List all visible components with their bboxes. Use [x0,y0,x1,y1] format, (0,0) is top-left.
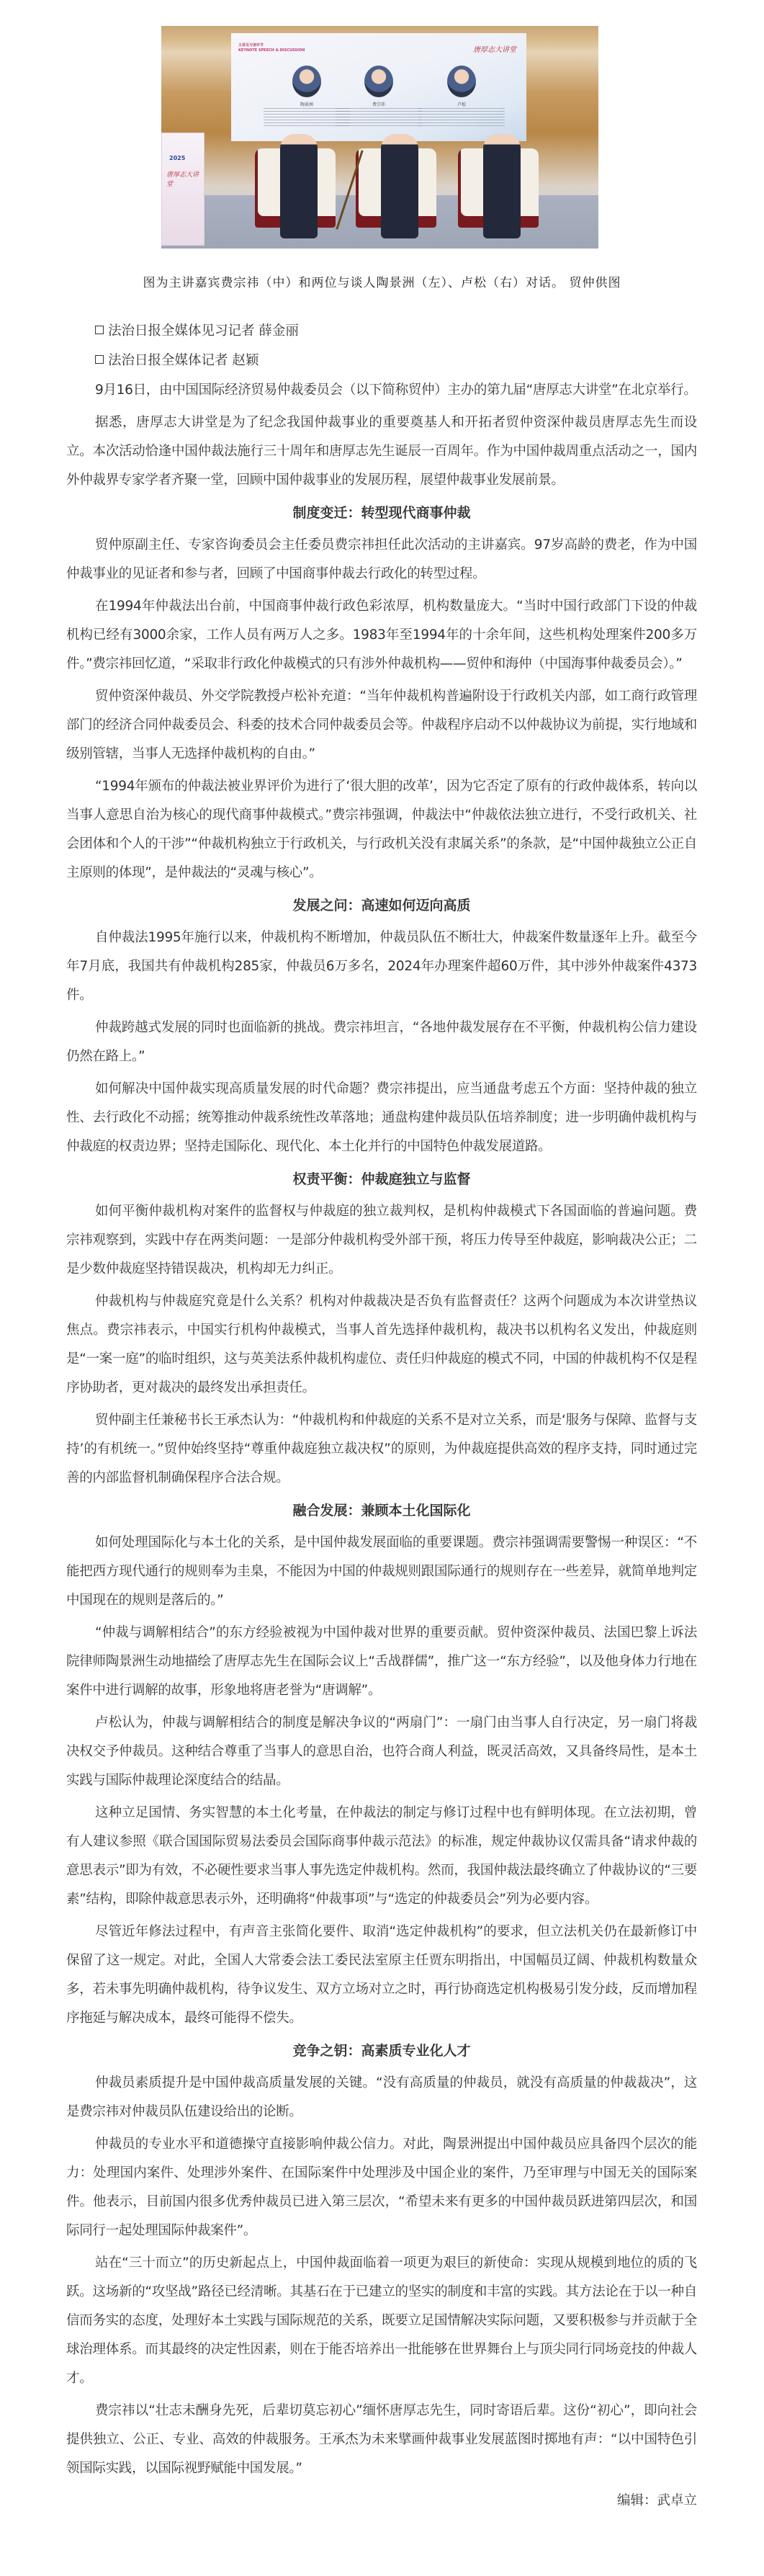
section-heading: 竞争之钥：高素质专业化人才 [66,2036,697,2065]
screen-tag-en: KEYNOTE SPEECH & DISCUSSION [238,48,305,53]
speaker-name-center: 费宗祎 [336,101,422,107]
paragraph: 仲裁跨越式发展的同时也面临新的挑战。费宗祎坦言，“各地仲裁发展存在不平衡，仲裁机… [66,1014,697,1071]
paragraph: 自仲裁法1995年施行以来，仲裁机构不断增加，仲裁员队伍不断壮大，仲裁案件数量逐… [66,923,697,1010]
speaker-left [280,134,318,238]
screen-tag-cn: 主讲及与谈环节 [238,43,305,48]
section-heading: 发展之问：高速如何迈向高质 [66,891,697,920]
stage-screen: 主讲及与谈环节 KEYNOTE SPEECH & DISCUSSION 唐厚志大… [231,33,526,141]
paragraph: 如何平衡仲裁机构对案件的监督权与仲裁庭的独立裁判权，是机构仲裁模式下各国面临的普… [66,1197,697,1284]
paragraph: “仲裁与调解相结合”的东方经验被视为中国仲裁对世界的重要贡献。贸仲资深仲裁员、法… [66,1619,697,1705]
speaker-name-right: 卢松 [418,101,505,107]
roll-up-banner: 2025 唐厚志大讲堂 [161,133,205,246]
editor-credit: 编辑：武卓立 [66,2487,697,2515]
speaker-right [483,134,521,238]
paragraph: 如何处理国际化与本土化的关系，是中国仲裁发展面临的重要课题。费宗祎强调需要警惕一… [66,1529,697,1615]
article-body: 法治日报全媒体见习记者 薛金丽 法治日报全媒体记者 赵颖 9月16日，由中国国际… [66,317,697,2515]
byline: 法治日报全媒体记者 赵颖 [66,346,697,375]
tang-lecture-logo: 唐厚志大讲堂 [473,43,516,54]
article-photo: 主讲及与谈环节 KEYNOTE SPEECH & DISCUSSION 唐厚志大… [161,26,598,249]
paragraph: 贸仲副主任兼秘书长王承杰认为：“仲裁机构和仲裁庭的关系不是对立关系，而是‘服务与… [66,1406,697,1493]
speaker-bio-right [418,108,505,127]
square-outline-icon [95,355,104,364]
paragraph: 如何解决中国仲裁实现高质量发展的时代命题？费宗祎提出，应当通盘考虑五个方面：坚持… [66,1075,697,1161]
paragraph: 站在“三十而立”的历史新起点上，中国仲裁面临着一项更为艰巨的新使命：实现从规模到… [66,2249,697,2393]
paragraph: 费宗祎以“壮志未酬身先死，后辈切莫忘初心”缅怀唐厚志先生，同时寄语后辈。这份“初… [66,2397,697,2483]
banner-logo: 唐厚志大讲堂 [166,169,204,188]
section-heading: 融合发展：兼顾本土化国际化 [66,1496,697,1525]
byline-text: 法治日报全媒体见习记者 薛金丽 [108,323,299,339]
photo-caption: 图为主讲嘉宾费宗祎（中）和两位与谈人陶景洲（左）、卢松（右）对话。 贸仲供图 [0,272,764,290]
paragraph: 这种立足国情、务实智慧的本土化考量，在仲裁法的制定与修订过程中也有鲜明体现。在立… [66,1799,697,1914]
paragraph: 卢松认为，仲裁与调解相结合的制度是解决争议的“两扇门”：一扇门由当事人自行决定，… [66,1709,697,1795]
speaker-portrait-left [292,66,321,97]
paragraph: 仲裁员素质提升是中国仲裁高质量发展的关键。“没有高质量的仲裁员，就没有高质量的仲… [66,2069,697,2126]
byline: 法治日报全媒体见习记者 薛金丽 [66,317,697,346]
screen-tag: 主讲及与谈环节 KEYNOTE SPEECH & DISCUSSION [238,43,305,53]
paragraph: 仲裁机构与仲裁庭究竟是什么关系？机构对仲裁裁决是否负有监督责任？这两个问题成为本… [66,1287,697,1403]
speaker-center [381,134,418,238]
paragraph: 仲裁员的专业水平和道德操守直接影响仲裁公信力。对此，陶景洲提出中国仲裁员应具备四… [66,2130,697,2245]
paragraph: “1994年颁布的仲裁法被业界评价为进行了‘很大胆的改革’，因为它否定了原有的行… [66,772,697,887]
paragraph: 贸仲资深仲裁员、外交学院教授卢松补充道：“当年仲裁机构普遍附设于行政机关内部，如… [66,682,697,769]
section-heading: 权责平衡：仲裁庭独立与监督 [66,1165,697,1194]
speaker-portrait-right [447,66,476,97]
paragraph: 在1994年仲裁法出台前，中国商事仲裁行政色彩浓厚，机构数量庞大。“当时中国行政… [66,592,697,679]
square-outline-icon [95,326,104,334]
byline-text: 法治日报全媒体记者 赵颖 [108,353,259,368]
speaker-bio-center [336,108,422,127]
paragraph: 9月16日，由中国国际经济贸易仲裁委员会（以下简称贸仲）主办的第九届“唐厚志大讲… [66,376,697,405]
banner-year: 2025 [169,155,185,161]
paragraph: 据悉，唐厚志大讲堂是为了纪念我国仲裁事业的重要奠基人和开拓者贸仲资深仲裁员唐厚志… [66,408,697,495]
paragraph: 尽管近年修法过程中，有声音主张简化要件、取消“选定仲裁机构”的要求，但立法机关仍… [66,1918,697,2033]
section-heading: 制度变迁：转型现代商事仲裁 [66,498,697,527]
paragraph: 贸仲原副主任、专家咨询委员会主任委员费宗祎担任此次活动的主讲嘉宾。97岁高龄的费… [66,531,697,589]
speaker-portrait-center [364,66,393,97]
